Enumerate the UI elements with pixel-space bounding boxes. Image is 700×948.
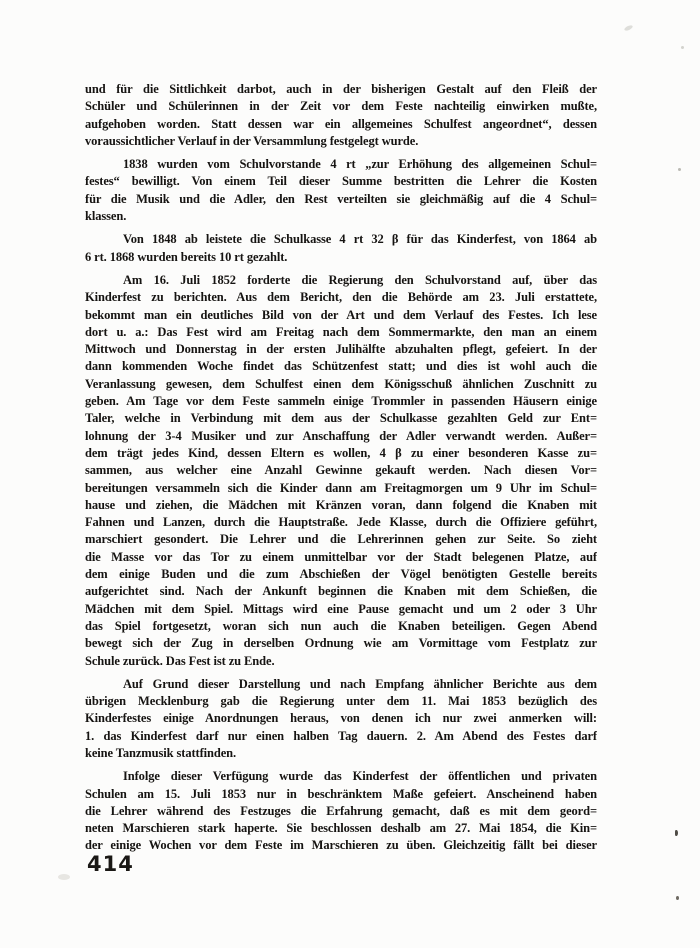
paragraph: Infolge dieser Verfügung wurde das Kinde… [85,768,597,854]
text-line: Schule zurück. Das Fest ist zu Ende. [85,653,597,670]
paragraph: Am 16. Juli 1852 forderte die Regierung … [85,272,597,670]
text-line: marschiert gesondert. Die Lehrer und die… [85,531,597,548]
text-line: Schüler und Schülerinnen in der Zeit vor… [85,98,597,115]
text-line: das Spiel fortgesetzt, woran sich nun au… [85,618,597,635]
text-line: Von 1848 ab leistete die Schulkasse 4 rt… [85,231,597,248]
text-line: dem trägt jedes Kind, dessen Eltern es w… [85,445,597,462]
text-line: dort u. a.: Das Fest wird am Freitag nac… [85,324,597,341]
text-line: Auf Grund dieser Darstellung und nach Em… [85,676,597,693]
text-line: bereitungen versammeln sich die Kinder d… [85,480,597,497]
scan-speck [678,168,681,171]
text-line: Mittwoch und Donnerstag in der ersten Ju… [85,341,597,358]
text-line: die Lehrer während des Festzuges die Erf… [85,803,597,820]
scan-speck [676,896,679,900]
text-line: voraussichtlicher Verlauf in der Versamm… [85,133,597,150]
paragraph: und für die Sittlichkeit darbot, auch in… [85,81,597,150]
text-line: festes“ bewilligt. Von einem Teil dieser… [85,173,597,190]
text-line: für die Musik und die Adler, den Rest ve… [85,191,597,208]
text-line: die Masse vor das Tor zu einem unmittelb… [85,549,597,566]
text-line: Am 16. Juli 1852 forderte die Regierung … [85,272,597,289]
text-line: Kinderfestes einige Anordnungen heraus, … [85,710,597,727]
text-line: neten Marschieren stark haperte. Sie bes… [85,820,597,837]
text-line: aufgehoben worden. Statt dessen war ein … [85,116,597,133]
paragraph: 1838 wurden vom Schulvorstande 4 rt „zur… [85,156,597,225]
text-line: 1838 wurden vom Schulvorstande 4 rt „zur… [85,156,597,173]
text-line: Kinderfest zu berichten. Aus dem Bericht… [85,289,597,306]
scan-speck [681,46,684,49]
text-line: übrigen Mecklenburg gab die Regierung un… [85,693,597,710]
text-line: keine Tanzmusik stattfinden. [85,745,597,762]
text-line: dem einige Buden und die zum Abschießen … [85,566,597,583]
text-line: bewegt sich der Zug in derselben Ordnung… [85,635,597,652]
paragraph: Von 1848 ab leistete die Schulkasse 4 rt… [85,231,597,266]
book-page-scan: und für die Sittlichkeit darbot, auch in… [0,0,700,948]
scan-speck [675,830,678,836]
page-number: 414 [87,852,134,876]
text-line: lohnung der 3-4 Musiker und zur Anschaff… [85,428,597,445]
text-line: hause und ziehen, die Mädchen mit Kränze… [85,497,597,514]
text-line: Veranlassung gewesen, dem Schulfest eine… [85,376,597,393]
text-line: Infolge dieser Verfügung wurde das Kinde… [85,768,597,785]
text-line: sammen, aus welcher eine Anzahl Gewinne … [85,462,597,479]
scan-speck [624,24,634,31]
scan-speck [58,874,70,880]
text-line: Mädchen mit dem Spiel. Mittags wird eine… [85,601,597,618]
text-line: 1. das Kinderfest darf nur einen halben … [85,728,597,745]
text-line: Fahnen und Lanzen, durch die Hauptstraße… [85,514,597,531]
text-block: und für die Sittlichkeit darbot, auch in… [85,81,597,855]
text-line: dann kommenden Woche findet das Schützen… [85,358,597,375]
text-line: Taler, welche in Verbindung mit dem aus … [85,410,597,427]
text-line: der einige Wochen vor dem Feste im Marsc… [85,837,597,854]
text-line: und für die Sittlichkeit darbot, auch in… [85,81,597,98]
text-line: 6 rt. 1868 wurden bereits 10 rt gezahlt. [85,249,597,266]
text-line: bekommt man ein deutliches Bild von der … [85,307,597,324]
text-line: klassen. [85,208,597,225]
text-line: Schulen am 15. Juli 1853 nur in beschrän… [85,786,597,803]
text-line: geben. Am Tage vor dem Feste sammeln ein… [85,393,597,410]
text-line: aufgerichtet sind. Nach der Ankunft begi… [85,583,597,600]
paragraph: Auf Grund dieser Darstellung und nach Em… [85,676,597,762]
